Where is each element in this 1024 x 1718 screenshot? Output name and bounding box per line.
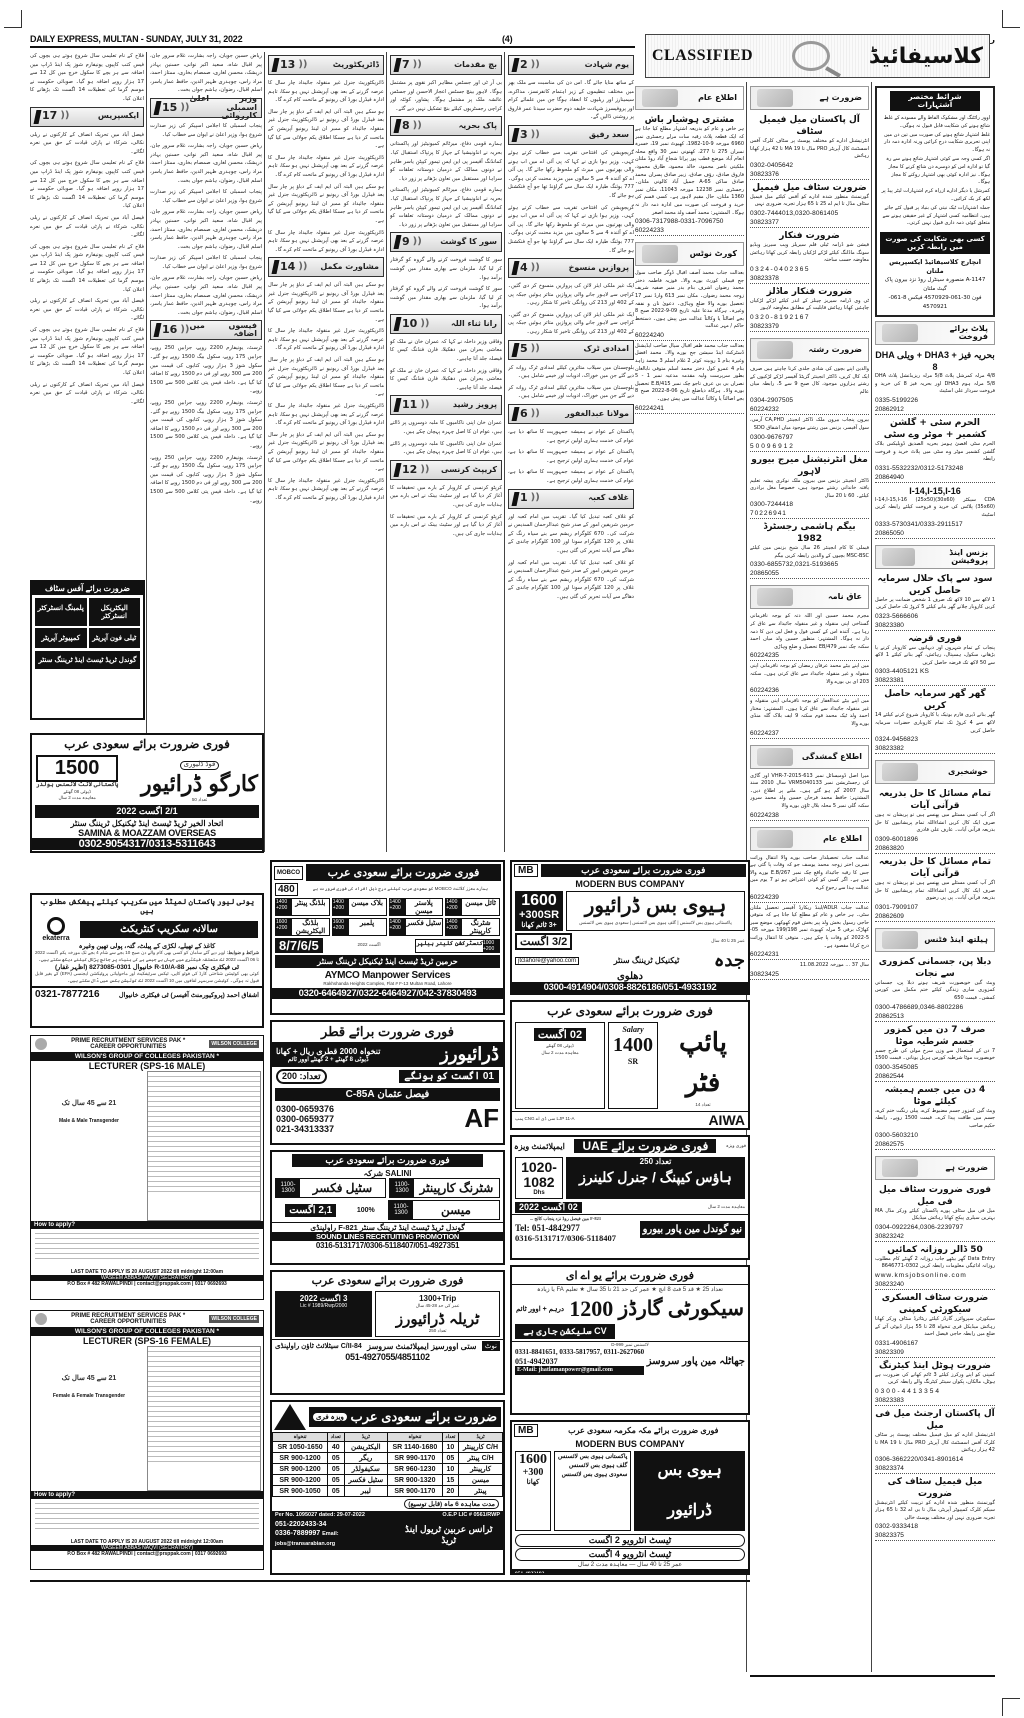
page-number: (4) [502, 34, 512, 44]
classified-ad: 50 ڈالر روزانہ کمائیںData Entry گھر بیٹھ… [875, 1244, 995, 1292]
news-head: 8))پاک بحریہ [390, 116, 502, 136]
classified-ad: تمام مسائل کا حل بذریعہ قرآنی آیاتاگر آپ… [875, 788, 995, 856]
crop-mark-top-right [1002, 10, 1020, 28]
column-divider [146, 52, 147, 752]
classified-ad: I-14,I-15,I-16CDA سیکٹر (30x60)(25x50) I… [875, 485, 995, 541]
classified-ad: بیگم ہاشمی رجسٹرڈ 1982فیملی کا کام انجین… [750, 521, 869, 581]
ekaterra-logo-icon [47, 917, 65, 935]
news-column-2: 7))بچ مقدمات بی آر ٹی اور جسٹس مظاہر اکب… [390, 52, 502, 852]
ad-wilson-male: PRIME RECRUITMENT SERVICES PAK *CAREER O… [30, 1035, 264, 1300]
court-icon [642, 245, 678, 263]
classified-ad: بیرون پنجاب بیرون ملک ڈاکٹر انجینئر CA,P… [750, 417, 869, 453]
classified-ad: مشتری ہوشیار باشہر خاص و عام کو بذریعہ ا… [635, 114, 744, 238]
classified-ad: ضرورت سٹاف العسکری سیکورٹی کمپنیسیکورٹی … [875, 1292, 995, 1360]
classified-ad: DHA ویلی + DHA3 + بحریہ فیز 84/8 مرلہ کم… [875, 349, 995, 417]
classified-ad: میں اپنے بیٹے محمد عرفان رمضان کو بوجہ ن… [750, 663, 869, 698]
pen-icon [882, 324, 918, 342]
ad-ccc-saudi: ویزہ فری ضرورت برائے سعودی عرب ٹریڈتعداد… [270, 1400, 505, 1575]
classified-ad: عدالت جناب ADLR/لینڈ ریکارڈ آفیسر تحصیل … [750, 905, 869, 963]
megaphone-icon [757, 748, 793, 766]
classified-ad: ضرورت فنکارفیشن شو ڈرامہ ٹیلی فلم سیریلز… [750, 230, 869, 286]
classified-ad: 4 دن میں جسم ہمیشہ کیلئے موٹاویٹ گین کمز… [875, 1084, 995, 1152]
classified-ad: فوری قرضہپنجاب کے تمام شہروں اور دیہاتوں… [875, 633, 995, 689]
ad-pipe-fitter: فوری ضرورت برائے سعودی عرب 02 اگست ڈیوٹی… [510, 1000, 750, 1130]
ad-office-staff: ضرورت برائے آفس سٹاف پلمبنگ انسٹرکٹر الی… [30, 580, 145, 720]
category-wanted: ضرورت ہے [750, 86, 869, 110]
classified-ad: میں اپنے بیٹے عبدالغفار کو بوجہ نافرمانی… [750, 698, 869, 740]
rules-box: شرائط مختصر اشتہارات اوور رائٹنگ اور مشک… [875, 86, 995, 317]
table-row: کارپینٹر10960-1230 SRسکیفولڈر05900-1200 … [273, 1464, 503, 1475]
ad-ekaterra-scrap: یونی لیور پاکستان لمیٹڈ میں سکریپ کیلئے … [30, 893, 264, 1028]
category-good-news: خوشخبری [875, 760, 995, 784]
ad-security-guards: فوری ضرورت برائے یو اے ای تعداد 25 ★ قد … [510, 1265, 750, 1415]
ad-mobco: MOBCO فوری ضرورت برائے سعودی عرب 480 ہما… [270, 860, 505, 1015]
column-divider [504, 52, 505, 852]
classified-ad: تمام مسائل کا حل بذریعہ قرآنی آیاتاگر آپ… [875, 856, 995, 924]
news-head: 9))سور کا گوشت [390, 232, 502, 252]
news-head: 15))وزیر اعلیٰ اسمبلی کارروائی [150, 98, 262, 118]
news-column-1: 2))یوم شہادت کے ساتھ منایا جائے گا۔ اس د… [508, 52, 634, 852]
category-business: بزنس اینڈ پروفیشن [875, 545, 995, 569]
classified-ad: مجرم محمد حسین اور اللہ دتہ کو بوجہ نافر… [750, 613, 869, 663]
classified-ad: مغل انٹرنیشنل میرج بیورو لاہورڈاکٹر انجی… [750, 454, 869, 522]
bottom-rule [750, 1675, 995, 1677]
prime-logo-icon [35, 1313, 47, 1325]
ccc-jobs-table: ٹریڈتعدادتنخواہ ٹریڈتعدادتنخواہ C/H کارپ… [272, 1432, 503, 1497]
ccc-triangle-logo-icon [274, 1404, 306, 1430]
news-head: 4))پروازیں منسوخ [508, 258, 634, 278]
category-lost: اطلاع گمشدگی [750, 745, 869, 769]
news-head: 10))رانا ثناء اللہ [390, 314, 502, 334]
bottom-rule [30, 1580, 750, 1582]
classified-ad: میل فیمیل سٹاف کی ضرورتگورنمنٹ منظور شدہ… [875, 1476, 995, 1544]
category-marriage: ضرورت رشتہ [750, 338, 869, 362]
classified-ad: الحرم سٹی + گلشن کشمیر + موٹر وے سٹیالحر… [875, 417, 995, 485]
couple-icon [757, 341, 793, 359]
runners-icon [882, 931, 918, 949]
news-head: 7))بچ مقدمات [390, 55, 502, 75]
ad-trailer-drivers: فوری ضرورت برائے سعودی عرب 3 اگست 2022 L… [270, 1270, 505, 1395]
ad-uae-housekeeping: ایمپلائمنٹ ویزہ فوری ضرورت برائے UAE فور… [510, 1135, 750, 1260]
ad-modern-bus-1: MB فوری ضرورت برائے سعودی عرب MODERN BUS… [510, 860, 750, 995]
classified-ad: ضرورت فنکار ماڈلزٹی وی ڈرامہ سیریز چینلز… [750, 286, 869, 334]
classified-ad: فوری ضرورت سٹاف میل فی میلمیل فی میل سٹا… [875, 1184, 995, 1244]
table-row: پینٹر20900-1170 SRلیبر05900-1050 SR [273, 1486, 503, 1497]
table-row: میسن15900-1320 SRسٹیل فکسر05900-1200 SR [273, 1475, 503, 1486]
classified-ad: گھر گھر سرمایہ حاصل کریںگھر بنانے ڈیری ف… [875, 688, 995, 756]
classified-column-right: شرائط مختصر اشتہارات اوور رائٹنگ اور مشک… [875, 82, 995, 1672]
tree-icon [882, 1159, 918, 1177]
category-wanted: ضرورت ہے [875, 1156, 995, 1180]
news-column-4: ریاض حسین جویان، راجہ بشارت، غلام سرور ج… [150, 52, 262, 752]
shout-icon [642, 89, 678, 107]
ad-qatar-drivers: فوری ضرورت برائے قطر ڈرائیورز تنخواہ 200… [270, 1020, 505, 1145]
classified-ad: آل پاکستان ارجنٹ میل فی میلانٹرنیشنل ادا… [875, 1408, 995, 1476]
table-row: C/H کارپینٹر101140-1680 SRالیکٹریشن40105… [273, 1442, 503, 1453]
category-health: ہیلتھ اینڈ فٹنس [875, 928, 995, 952]
ad-modern-bus-2: MB فوری ضرورت برائے مکہ مکرمہ سعودی عرب … [510, 1420, 750, 1575]
classified-ad: ضرورت سٹاف میل فیمیلگورنمنٹ منظور شدہ اد… [750, 182, 869, 230]
masthead-rule [30, 46, 635, 48]
news-head: 16))فیسوں میں اضافہ [150, 320, 262, 340]
calculator-icon [882, 548, 915, 566]
category-disinherit: عاق نامہ [750, 585, 869, 609]
news-head: 13))ڈائریکٹوریٹ [268, 55, 384, 75]
shout-icon [757, 830, 793, 848]
news-head: 5))امدادی ٹرک [508, 340, 634, 360]
news-head: 12))کریپٹ کرنسی [390, 460, 502, 480]
news-column-3: 13))ڈائریکٹوریٹ ڈائریکٹوریٹ جنرل غیر منق… [268, 52, 384, 852]
category-plots: پلاٹ برائے فروخت [875, 321, 995, 345]
classified-ad: آل پاکستان میل فیمیل سٹافانٹرنیشنل ادارے… [750, 114, 869, 182]
category-court-notice: کورٹ نوٹس [635, 242, 744, 266]
classified-ad: سود سے پاک حلال سرمایہ حاصل کریں1 لاکھ س… [875, 573, 995, 633]
news-head: 14))مشاورت مکمل [268, 257, 384, 277]
news-head: 1))غلاف کعبہ [508, 489, 634, 509]
classified-ad: بعدالت جناب محمد ظفر اقبال سیال صاحب ایڈ… [635, 343, 744, 416]
classified-ad: والدین اپنے بچوں کی شادی جلدی کرنا چاہتے… [750, 366, 869, 417]
news-head: 2))یوم شہادت [508, 55, 634, 75]
chain-icon [757, 588, 793, 606]
ad-wilson-female: PRIME RECRUITMENT SERVICES PAK *CAREER O… [30, 1310, 264, 1570]
classified-ad: بعدالت جناب محمد آصف اقبال ڈوگر صاحب سول… [635, 270, 744, 343]
mosque-icon [882, 763, 918, 781]
classified-ad: ضرورت ہوٹل اینڈ کیٹرنگکمپنی کو اپنے ورکر… [875, 1360, 995, 1408]
classified-column-left: اطلاع عام مشتری ہوشیار باشہر خاص و عام ک… [635, 82, 744, 872]
news-column-5: فلاح کے نام تعلیمی سال شروع ہوتے ہی بچوں… [30, 52, 144, 592]
column-divider [264, 52, 265, 852]
news-head: 3))سعد رفیق [508, 125, 634, 145]
crop-mark-bottom-right [1002, 1698, 1020, 1716]
news-head: 11))پرویز رشید [390, 395, 502, 415]
classified-ad: سال 37 ... مورخہ 11.08.202230823425 [750, 962, 869, 982]
column-divider [386, 52, 387, 852]
tree-icon [757, 89, 793, 107]
classified-ad: دبلا پن، جسمانی کمزوری سے نجاتویٹ گین خو… [875, 956, 995, 1024]
classified-title-ur: کلاسیفائیڈ [869, 44, 983, 69]
classified-column-mid: ضرورت ہے آل پاکستان میل فیمیل سٹافانٹرنی… [750, 82, 869, 1672]
news-head: 6))مولانا عبدالغفور [508, 404, 634, 424]
classified-ad: صرف 7 دن میں کمزور جسم شرطیہ موٹا7 دن کے… [875, 1024, 995, 1084]
ad-cargo-driver: فوری ضرورت برائے سعودی عرب 1500 پاکستانی… [30, 733, 264, 853]
classified-title-en: CLASSIFIED [652, 47, 753, 65]
classified-ad: عدالت جناب تحصیلدار صاحب بورے والا انتقا… [750, 855, 869, 905]
column-divider [871, 82, 872, 1672]
category-public-notice: اطلاع عام [635, 86, 744, 110]
table-row: C/H پینٹر05990-1170 SRریگر05900-1200 SR [273, 1453, 503, 1464]
news-head: 17))ایکسپریس [30, 107, 144, 127]
prime-logo-icon [35, 1038, 47, 1050]
crop-mark-top-left [4, 10, 22, 28]
masthead-left: DAILY EXPRESS, MULTAN - SUNDAY, JULY 31,… [30, 34, 242, 44]
category-public-notice: اطلاع عام [750, 827, 869, 851]
classified-banner: CLASSIFIED کلاسیفائیڈ [645, 34, 990, 78]
magnifier-icon [792, 41, 830, 71]
newspaper-page: DAILY EXPRESS, MULTAN - SUNDAY, JULY 31,… [30, 20, 995, 1700]
ad-salini: فوری ضرورت برائے سعودی عرب SALINI شرکہ ش… [270, 1150, 505, 1265]
classified-ad: میرا اصل ڈومیسائل نمبر VHR-7-2015-613 او… [750, 773, 869, 823]
